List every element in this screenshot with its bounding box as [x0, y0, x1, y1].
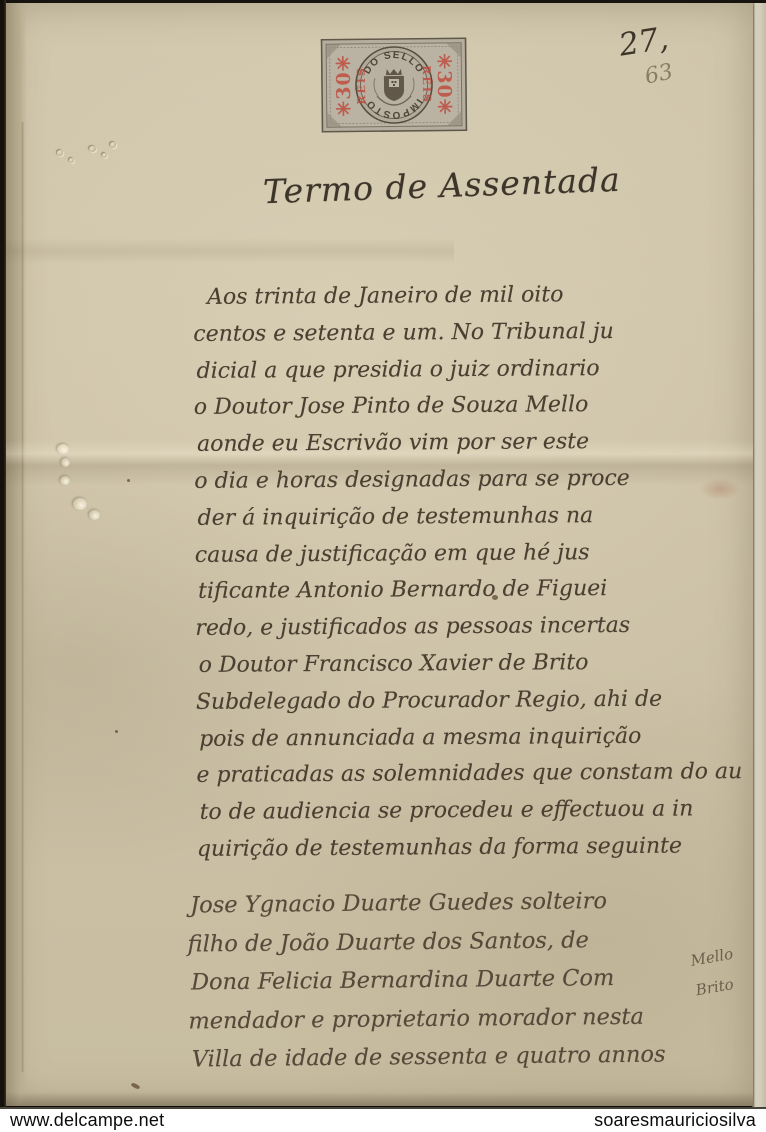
underlying-page-edge	[752, 0, 766, 1108]
fiscal-stamp: DO SELLO IMPOSTO ✳30✳ RÉIS	[321, 37, 468, 133]
watermark-left: www.delcampe.net	[10, 1110, 164, 1131]
manuscript-line: centos e setenta e um. No Tribunal ju	[193, 313, 739, 354]
wormhole	[89, 146, 96, 152]
wormhole	[110, 142, 116, 148]
manuscript-line: e praticadas as solemnidades que constam…	[196, 754, 742, 795]
manuscript-line: mendador e proprietario morador nesta	[188, 997, 665, 1040]
paper-damage-bump	[61, 458, 70, 467]
paper-damage-bump	[57, 444, 69, 454]
scan-edge-top	[0, 0, 766, 3]
paper-damage-bump	[89, 510, 100, 520]
scanned-document: DO SELLO IMPOSTO ✳30✳ RÉIS	[0, 0, 766, 1132]
manuscript-line: aonde eu Escrivão vim por ser este	[197, 423, 740, 464]
manuscript-line: o Doutor Francisco Xavier de Brito	[199, 644, 742, 685]
manuscript-line: o Doutor Jose Pinto de Souza Mello	[194, 386, 740, 427]
red-stain	[699, 478, 741, 500]
manuscript-line: der á inquirição de testemunhas na	[197, 497, 740, 538]
paper-damage-bump	[60, 476, 70, 485]
page-number: 27,	[616, 20, 670, 63]
vertical-fold-line	[21, 122, 24, 1072]
page-number-secondary: 63	[643, 59, 676, 89]
margin-annotations: Mello Brito	[688, 939, 741, 1006]
ink-speck	[127, 479, 130, 482]
wormhole	[57, 150, 63, 156]
scan-edge-left	[0, 0, 6, 1108]
manuscript-line: to de audiencia se procedeu e effectuou …	[200, 791, 743, 832]
paper-damage-bump	[73, 498, 87, 510]
manuscript-line: filho de João Duarte dos Santos, de	[187, 920, 664, 963]
paper-sheet: DO SELLO IMPOSTO ✳30✳ RÉIS	[5, 2, 753, 1106]
manuscript-line: quirição de testemunhas da forma seguint…	[197, 828, 743, 869]
watermark-bar: www.delcampe.net soaresmauriciosilva	[0, 1107, 766, 1132]
body-paragraph-1: Aos trinta de Janeiro de mil oito centos…	[193, 276, 743, 869]
body-paragraph-2: Jose Ygnacio Duarte Guedes solteiro filh…	[187, 882, 666, 1079]
manuscript-line: redo, e justificados as pessoas incertas	[195, 607, 741, 648]
svg-text:RÉIS: RÉIS	[354, 66, 368, 105]
fiber-speck	[131, 1082, 141, 1089]
watermark-right: soaresmauriciosilva	[594, 1110, 756, 1131]
manuscript-line: causa de justificação em que hé jus	[195, 534, 741, 575]
document-title: Termo de Assentada	[262, 160, 621, 211]
paper-bottom-shadow	[5, 1092, 753, 1106]
ink-speck	[492, 595, 498, 600]
svg-text:RÉIS: RÉIS	[420, 65, 434, 104]
manuscript-line: Jose Ygnacio Duarte Guedes solteiro	[190, 882, 664, 925]
manuscript-line: dicial a que presidia o juiz ordinario	[196, 350, 739, 391]
svg-text:✳30✳: ✳30✳	[333, 54, 356, 117]
margin-note: Brito	[693, 968, 740, 1005]
ink-speck	[115, 730, 118, 733]
manuscript-line: tificante Antonio Bernardo de Figuei	[198, 570, 741, 611]
manuscript-line: Villa de idade de sessenta e quatro anno…	[192, 1036, 666, 1079]
manuscript-line: o dia e horas designadas para se proce	[194, 460, 740, 501]
svg-text:✳30✳: ✳30✳	[433, 53, 456, 116]
wormhole	[69, 158, 74, 163]
manuscript-line: Subdelegado do Procurador Regio, ahi de	[196, 681, 742, 722]
manuscript-line: pois de annunciada a mesma inquirição	[199, 718, 742, 759]
manuscript-line: Aos trinta de Janeiro de mil oito	[207, 276, 739, 317]
wormhole	[102, 153, 107, 158]
horizontal-crease-upper	[5, 238, 454, 264]
manuscript-line: Dona Felicia Bernardina Duarte Com	[191, 959, 665, 1002]
